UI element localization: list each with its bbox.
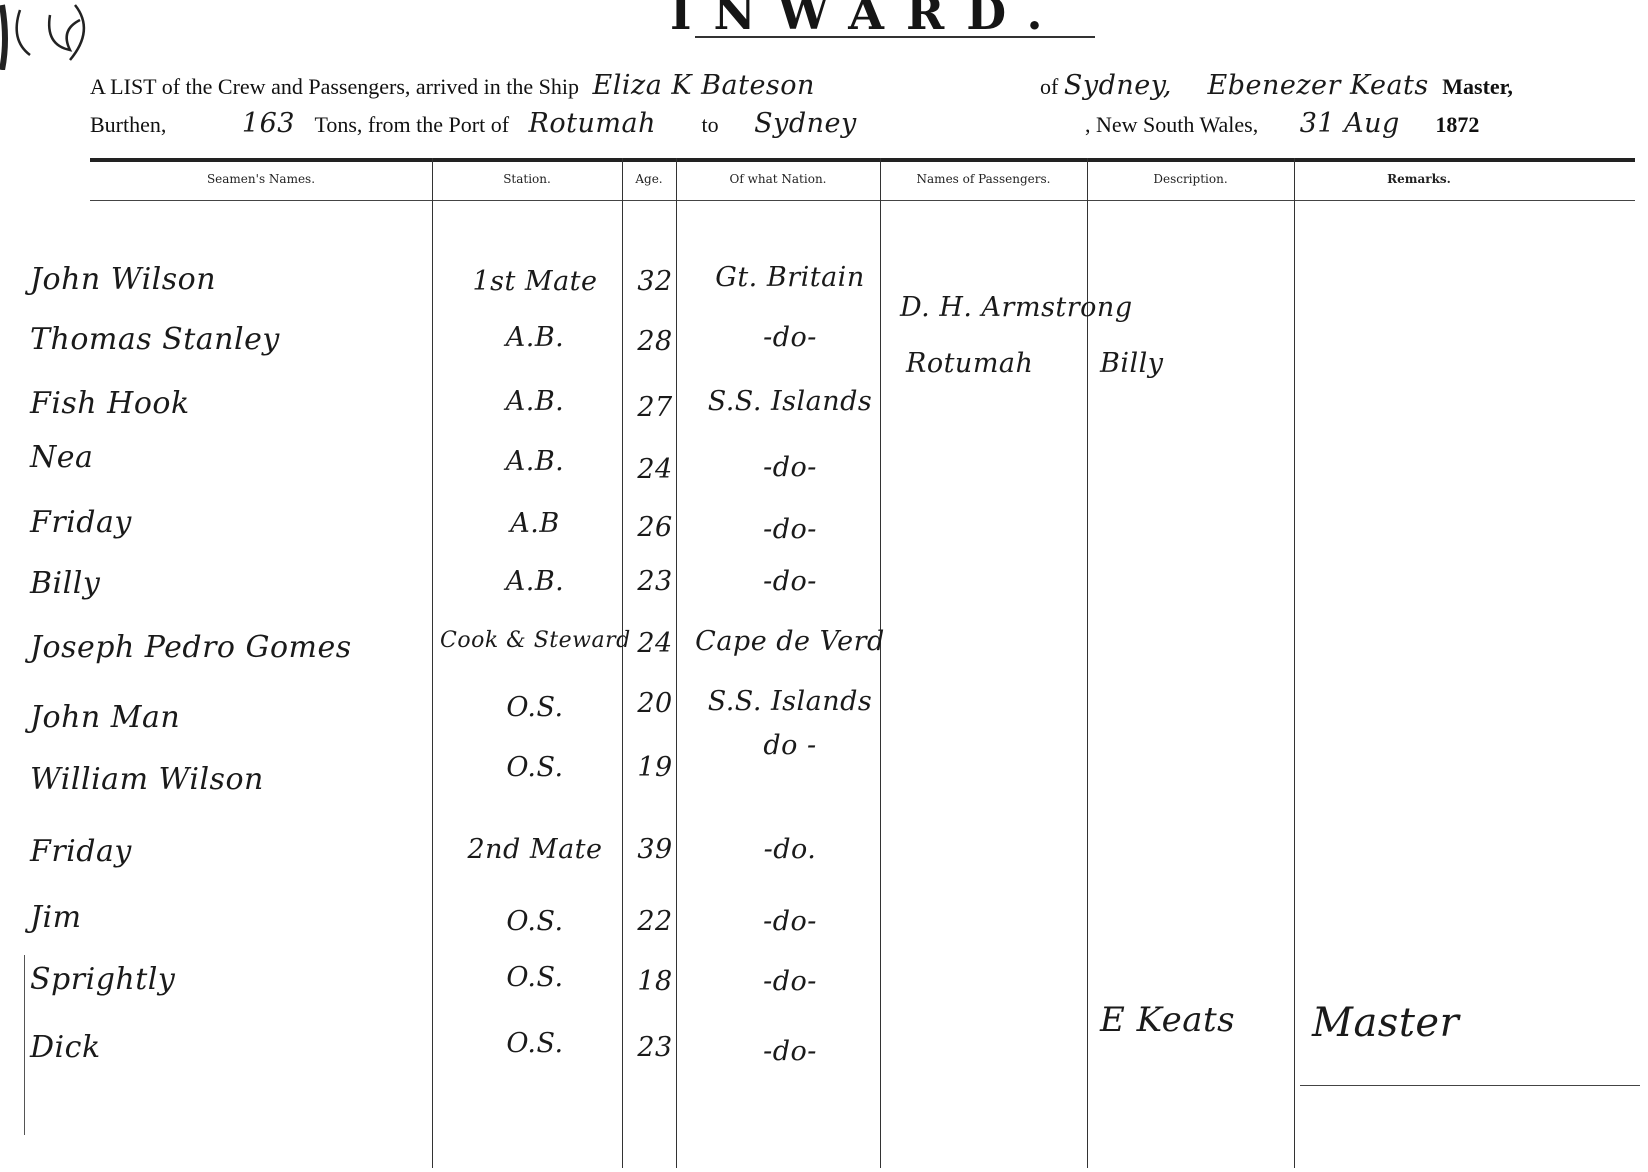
crew-name: Thomas Stanley [30, 322, 280, 357]
crew-age: 19 [630, 752, 680, 783]
crew-station: O.S. [440, 962, 630, 993]
arrival-date: 31 Aug [1300, 108, 1400, 139]
crew-station: Cook & Steward [440, 628, 630, 653]
crew-age: 39 [630, 834, 680, 865]
master-name: Ebenezer Keats [1207, 70, 1428, 101]
table-top-rule [90, 158, 1635, 162]
crew-station: A.B [440, 508, 630, 539]
crew-nation: Cape de Verd [690, 626, 890, 657]
crew-age: 23 [630, 1032, 680, 1063]
margin-line [24, 955, 25, 1135]
crew-station: 2nd Mate [440, 834, 630, 865]
column-divider [880, 158, 881, 1168]
crew-age: 28 [630, 326, 680, 357]
crew-station: O.S. [440, 692, 630, 723]
title-underline [695, 36, 1095, 38]
crew-station: O.S. [440, 1028, 630, 1059]
col-header-remarks: Remarks. [1294, 172, 1544, 186]
crew-station: O.S. [440, 752, 630, 783]
header-line-1: A LIST of the Crew and Passengers, arriv… [90, 70, 815, 101]
signature-flourish [1300, 1085, 1640, 1086]
crew-name: Fish Hook [30, 386, 190, 421]
list-prefix: A LIST of the Crew and Passengers, arriv… [90, 74, 579, 99]
crew-station: A.B. [440, 446, 630, 477]
passenger-description: Billy [1100, 348, 1164, 379]
crew-station: A.B. [440, 386, 630, 417]
col-header-passengers: Names of Passengers. [880, 172, 1087, 186]
crew-name: John Man [30, 700, 180, 735]
crew-nation: -do- [690, 322, 890, 353]
crew-age: 23 [630, 566, 680, 597]
table-header-rule [90, 200, 1635, 201]
crew-nation: S.S. Islands [690, 386, 890, 417]
crew-nation: -do- [690, 514, 890, 545]
header-line-1-right: of Sydney, Ebenezer Keats Master, [1040, 70, 1513, 101]
header-line-2-right: , New South Wales, 31 Aug 1872 [1085, 108, 1479, 139]
crew-age: 24 [630, 628, 680, 659]
crew-age: 32 [630, 266, 680, 297]
signature-remark: Master [1312, 1000, 1459, 1046]
crew-name: Nea [30, 440, 93, 475]
crew-nation: Gt. Britain [690, 262, 890, 293]
master-label: Master, [1442, 74, 1513, 99]
tons-label: Tons, from the Port of [314, 112, 509, 137]
crew-age: 27 [630, 392, 680, 423]
crew-age: 18 [630, 966, 680, 997]
crew-nation: do - [690, 730, 890, 761]
crew-name: Friday [30, 834, 132, 869]
to-label: to [701, 112, 718, 137]
header-line-2: Burthen, 163 Tons, from the Port of Rotu… [90, 108, 857, 139]
crew-nation: S.S. Islands [690, 686, 890, 717]
crew-age: 26 [630, 512, 680, 543]
crew-name: William Wilson [30, 762, 264, 797]
crew-station: A.B. [440, 322, 630, 353]
col-header-nation: Of what Nation. [676, 172, 880, 186]
col-header-seamens-names: Seamen's Names. [90, 172, 432, 186]
crew-age: 20 [630, 688, 680, 719]
ship-name: Eliza K Bateson [593, 70, 815, 101]
state-label: , New South Wales, [1085, 112, 1258, 137]
crew-station: 1st Mate [440, 266, 630, 297]
passenger-name: D. H. Armstrong [900, 292, 1133, 323]
crew-nation: -do. [690, 834, 890, 865]
column-divider [622, 158, 623, 1168]
crew-station: A.B. [440, 566, 630, 597]
arrival-year: 1872 [1435, 112, 1479, 137]
crew-nation: -do- [690, 452, 890, 483]
column-divider [432, 158, 433, 1168]
crew-name: Billy [30, 566, 100, 601]
of-label: of [1040, 74, 1058, 99]
crew-name: Dick [30, 1030, 101, 1065]
ship-home-port: Sydney, [1064, 70, 1172, 101]
tons-value: 163 [242, 108, 295, 139]
crew-name: Friday [30, 505, 132, 540]
crew-age: 24 [630, 454, 680, 485]
crew-name: Sprightly [30, 962, 175, 997]
crew-nation: -do- [690, 906, 890, 937]
crew-age: 22 [630, 906, 680, 937]
column-divider [676, 158, 677, 1168]
passenger-name: Rotumah [906, 348, 1033, 379]
crew-station: O.S. [440, 906, 630, 937]
crew-nation: -do- [690, 566, 890, 597]
from-port: Rotumah [529, 108, 656, 139]
crew-name: John Wilson [30, 262, 216, 297]
col-header-age: Age. [622, 172, 676, 186]
form-title: INWARD. [670, 0, 1064, 40]
to-port: Sydney [754, 108, 857, 139]
corner-initials-mark [0, 0, 110, 70]
crew-name: Jim [30, 900, 82, 935]
col-header-description: Description. [1087, 172, 1294, 186]
col-header-station: Station. [432, 172, 622, 186]
crew-name: Joseph Pedro Gomes [30, 630, 352, 665]
burthen-label: Burthen, [90, 112, 166, 137]
master-signature: E Keats [1100, 1000, 1235, 1040]
crew-nation: -do- [690, 1036, 890, 1067]
crew-nation: -do- [690, 966, 890, 997]
column-divider [1294, 158, 1295, 1168]
